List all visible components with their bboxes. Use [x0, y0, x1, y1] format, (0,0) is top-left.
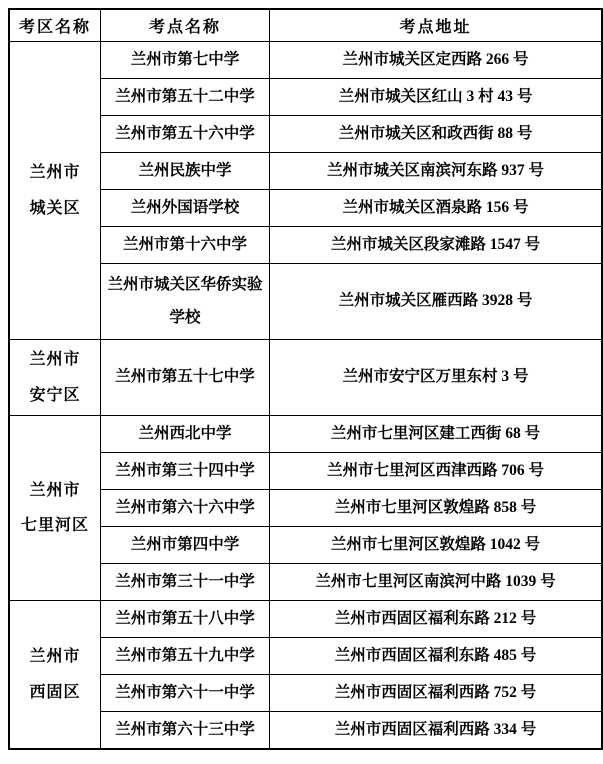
site-name-cell: 兰州市第三十四中学	[101, 453, 270, 490]
site-name-cell: 兰州西北中学	[101, 416, 270, 453]
site-name-cell: 兰州市第五十六中学	[101, 116, 270, 153]
site-address-cell: 兰州市七里河区南滨河中路 1039 号	[270, 564, 603, 601]
region-cell: 兰州市 七里河区	[9, 416, 101, 601]
site-address-cell: 兰州市西固区福利东路 212 号	[270, 601, 603, 638]
site-address-cell: 兰州市七里河区西津西路 706 号	[270, 453, 603, 490]
header-cell-site-name: 考点名称	[101, 9, 270, 42]
site-address-cell: 兰州市城关区红山 3 村 43 号	[270, 79, 603, 116]
document-page: 考区名称 考点名称 考点地址 兰州市 城关区 兰州市第七中学 兰州市城关区定西路…	[0, 0, 603, 758]
site-address-cell: 兰州市安宁区万里东村 3 号	[270, 340, 603, 416]
region-cell: 兰州市 城关区	[9, 42, 101, 340]
site-address-cell: 兰州市城关区酒泉路 156 号	[270, 190, 603, 227]
site-name-cell: 兰州市第五十九中学	[101, 638, 270, 675]
site-name-cell: 兰州市第五十八中学	[101, 601, 270, 638]
table-header-row: 考区名称 考点名称 考点地址	[9, 9, 602, 42]
site-name-cell: 兰州市第六十六中学	[101, 490, 270, 527]
site-address-cell: 兰州市七里河区敦煌路 858 号	[270, 490, 603, 527]
header-cell-site-address: 考点地址	[270, 9, 603, 42]
site-address-cell: 兰州市七里河区敦煌路 1042 号	[270, 527, 603, 564]
site-name-cell: 兰州市第三十一中学	[101, 564, 270, 601]
site-address-cell: 兰州市西固区福利东路 485 号	[270, 638, 603, 675]
site-address-cell: 兰州市城关区段家滩路 1547 号	[270, 227, 603, 264]
site-name-cell: 兰州市城关区华侨实验学校	[101, 264, 270, 340]
site-name-cell: 兰州外国语学校	[101, 190, 270, 227]
site-address-cell: 兰州市城关区和政西街 88 号	[270, 116, 603, 153]
region-cell: 兰州市 安宁区	[9, 340, 101, 416]
table-row: 兰州市 城关区 兰州市第七中学 兰州市城关区定西路 266 号	[9, 42, 602, 79]
site-name-cell: 兰州市第六十三中学	[101, 712, 270, 750]
site-address-cell: 兰州市城关区定西路 266 号	[270, 42, 603, 79]
header-cell-region: 考区名称	[9, 9, 101, 42]
site-address-cell: 兰州市西固区福利西路 752 号	[270, 675, 603, 712]
site-address-cell: 兰州市城关区雁西路 3928 号	[270, 264, 603, 340]
site-name-cell: 兰州民族中学	[101, 153, 270, 190]
table-row: 兰州市 安宁区 兰州市第五十七中学 兰州市安宁区万里东村 3 号	[9, 340, 602, 416]
site-address-cell: 兰州市西固区福利西路 334 号	[270, 712, 603, 750]
site-address-cell: 兰州市城关区南滨河东路 937 号	[270, 153, 603, 190]
site-name-cell: 兰州市第七中学	[101, 42, 270, 79]
site-name-cell: 兰州市第六十一中学	[101, 675, 270, 712]
site-name-cell: 兰州市第五十七中学	[101, 340, 270, 416]
table-row: 兰州市 七里河区 兰州西北中学 兰州市七里河区建工西街 68 号	[9, 416, 602, 453]
site-name-cell: 兰州市第十六中学	[101, 227, 270, 264]
exam-sites-table: 考区名称 考点名称 考点地址 兰州市 城关区 兰州市第七中学 兰州市城关区定西路…	[8, 8, 603, 750]
site-address-cell: 兰州市七里河区建工西街 68 号	[270, 416, 603, 453]
site-name-cell: 兰州市第四中学	[101, 527, 270, 564]
site-name-cell: 兰州市第五十二中学	[101, 79, 270, 116]
table-row: 兰州市 西固区 兰州市第五十八中学 兰州市西固区福利东路 212 号	[9, 601, 602, 638]
region-cell: 兰州市 西固区	[9, 601, 101, 750]
